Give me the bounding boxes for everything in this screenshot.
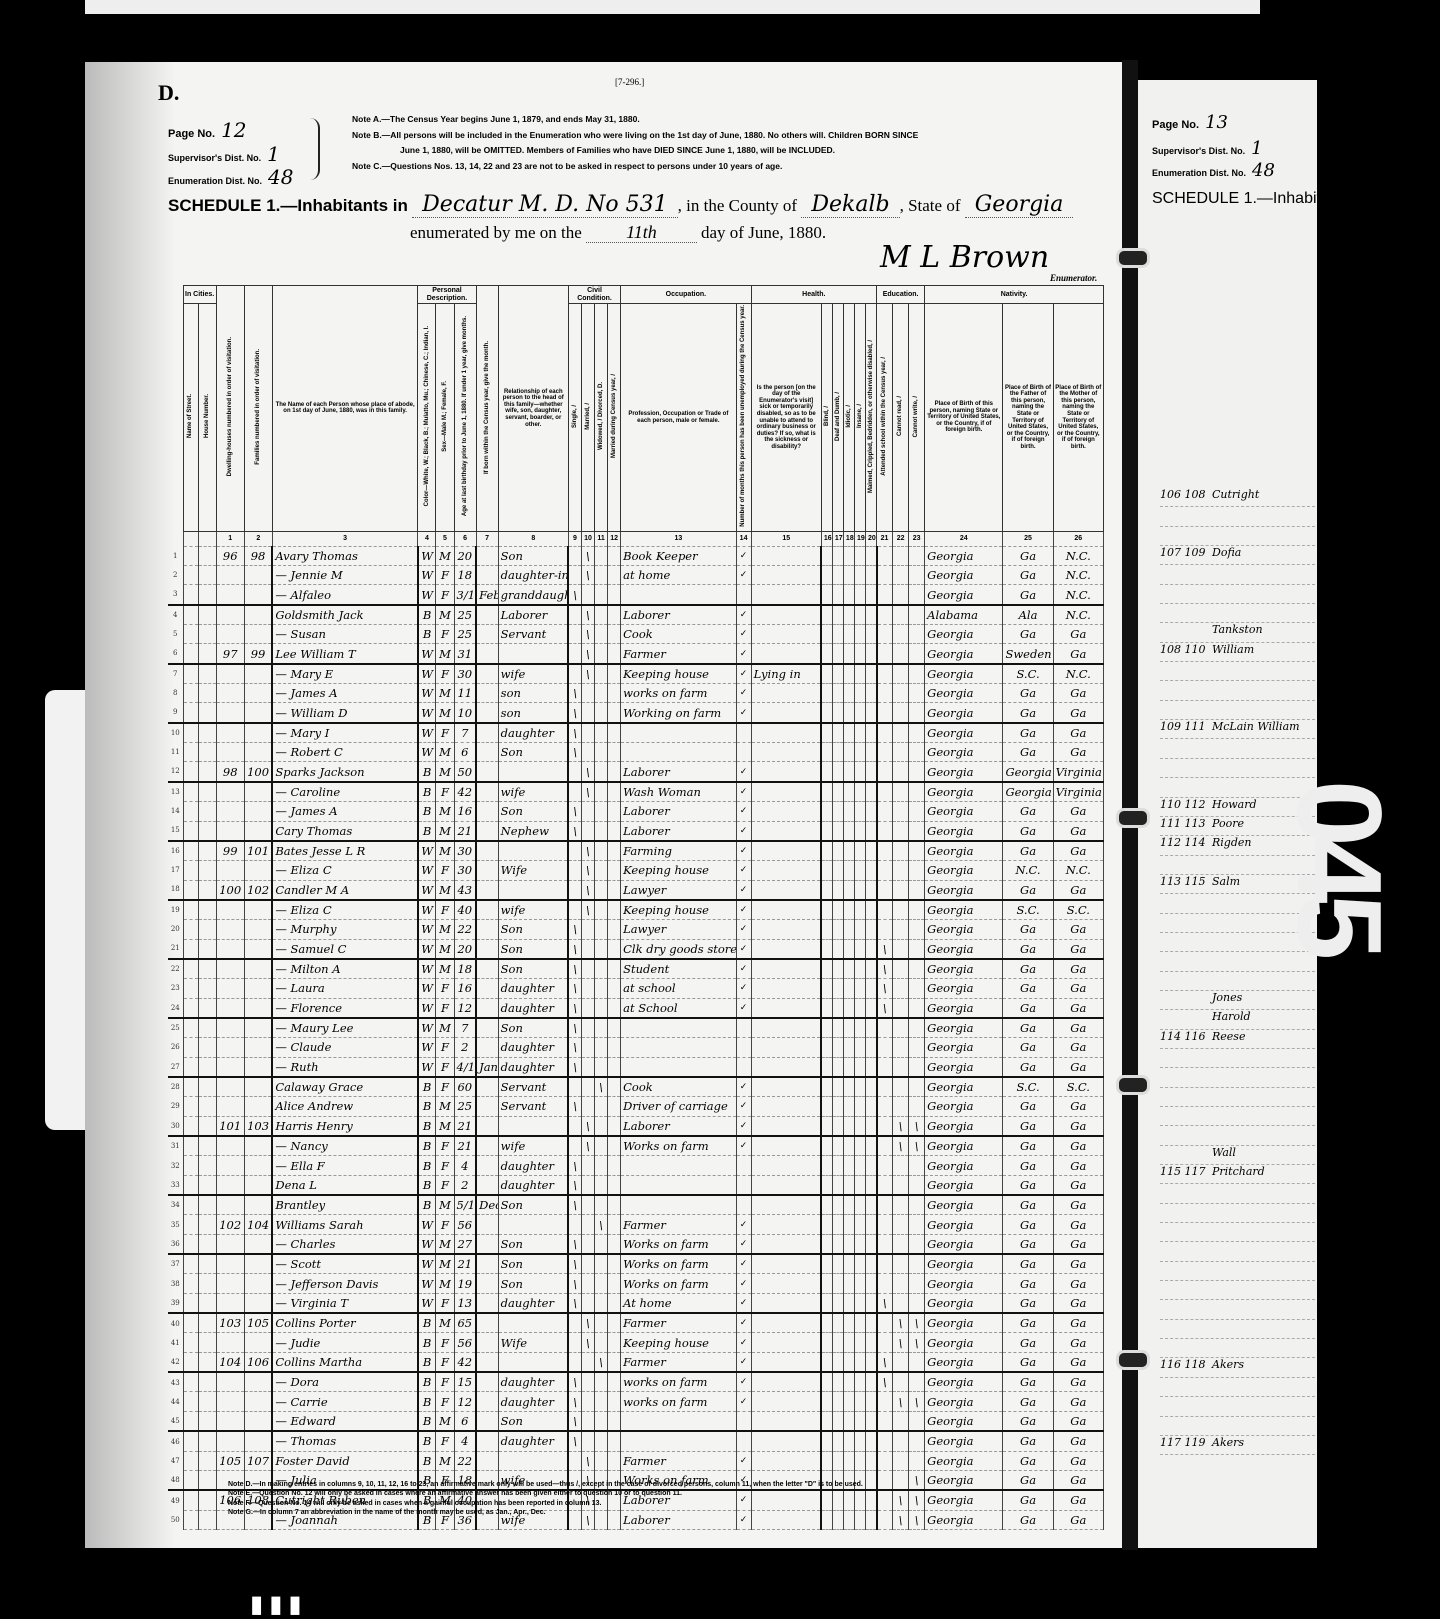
school-mark (877, 1274, 893, 1293)
blind-mark (821, 566, 832, 585)
cannot-read-mark (893, 703, 909, 723)
sickness (751, 1215, 821, 1234)
relationship: daughter (498, 1057, 568, 1077)
color: W (418, 743, 436, 762)
dwelling-number (216, 939, 244, 959)
relationship: Son (498, 1411, 568, 1431)
next-page-row (1160, 1397, 1315, 1416)
street (183, 1116, 198, 1136)
birthplace-father: Ga (1003, 546, 1053, 565)
family-number: 105 (244, 1313, 272, 1333)
dwelling-number (216, 625, 244, 644)
widowed-mark (595, 723, 608, 743)
idiotic-mark (843, 1097, 854, 1116)
dwelling-number (216, 1097, 244, 1116)
birth-month (476, 920, 498, 939)
person-name: Alice Andrew (272, 1097, 418, 1116)
blind-mark (821, 1274, 832, 1293)
cannot-read-mark (893, 841, 909, 861)
single-mark: \ (568, 703, 581, 723)
idiotic-mark (843, 998, 854, 1018)
idiotic-mark (843, 723, 854, 743)
occupation: Clk dry goods store (621, 939, 736, 959)
months-unemployed: ✓ (736, 1077, 751, 1097)
birthplace-mother: N.C. (1053, 664, 1103, 684)
header-sex: Sex—Male M.; Female, F. (436, 304, 454, 531)
column-number: 11 (595, 531, 608, 546)
single-mark: \ (568, 1431, 581, 1451)
house-number (198, 998, 216, 1018)
person-name: — Jennie M (272, 566, 418, 585)
school-mark (877, 821, 893, 841)
birthplace-person: Georgia (925, 1234, 1003, 1254)
occupation (621, 1018, 736, 1038)
street (183, 1136, 198, 1156)
house-number (198, 1431, 216, 1451)
insane-mark (854, 1234, 865, 1254)
deaf-mark (832, 1057, 843, 1077)
single-mark (568, 841, 581, 861)
months-unemployed: ✓ (736, 546, 751, 565)
next-page-row (1160, 1107, 1315, 1126)
census-row: 47105107Foster DavidBM22\Farmer✓GeorgiaG… (168, 1451, 1104, 1470)
family-number (244, 723, 272, 743)
married-mark (581, 1175, 594, 1195)
street (183, 684, 198, 703)
county: Dekalb (801, 192, 899, 218)
line-number: 28 (168, 1077, 183, 1097)
idiotic-mark (843, 1018, 854, 1038)
school-mark (877, 1392, 893, 1411)
color: W (418, 585, 436, 605)
person-name: — Eliza C (272, 861, 418, 880)
next-page-row (1160, 681, 1315, 700)
person-name: Harris Henry (272, 1116, 418, 1136)
married-mark (581, 585, 594, 605)
street (183, 998, 198, 1018)
dwelling-number (216, 664, 244, 684)
school-mark (877, 782, 893, 802)
person-name: — Scott (272, 1254, 418, 1274)
married-mark (581, 1431, 594, 1451)
blind-mark (821, 1097, 832, 1116)
census-row: 22— Milton AWM18Son\Student✓\GeorgiaGaGa (168, 959, 1104, 979)
occupation: Works on farm (621, 1254, 736, 1274)
person-name: — Alfaleo (272, 585, 418, 605)
insane-mark (854, 664, 865, 684)
line-number: 29 (168, 1097, 183, 1116)
age: 30 (454, 664, 476, 684)
birthplace-person: Georgia (925, 1274, 1003, 1293)
married-mark: \ (581, 644, 594, 664)
school-mark (877, 1077, 893, 1097)
relationship (498, 644, 568, 664)
birthplace-person: Georgia (925, 1038, 1003, 1057)
relationship: daughter (498, 1392, 568, 1411)
birthplace-mother: N.C. (1053, 566, 1103, 585)
birthplace-father: Sweden (1003, 644, 1053, 664)
blind-mark (821, 1057, 832, 1077)
age: 56 (454, 1215, 476, 1234)
school-mark (877, 1254, 893, 1274)
sex: F (436, 1156, 454, 1175)
cannot-read-mark: \ (893, 1333, 909, 1352)
age: 15 (454, 1372, 476, 1392)
relationship: wife (498, 664, 568, 684)
sickness (751, 1372, 821, 1392)
relationship: Nephew (498, 821, 568, 841)
header-street: Name of Street. (183, 304, 198, 531)
deaf-mark (832, 959, 843, 979)
line-number: 15 (168, 821, 183, 841)
age: 4 (454, 1156, 476, 1175)
cannot-read-mark (893, 1274, 909, 1293)
maimed-mark (865, 1234, 876, 1254)
dwelling-number (216, 1057, 244, 1077)
next-page-numbers: 117 119 (1160, 1436, 1212, 1449)
header-in-cities: In Cities. (183, 286, 216, 304)
widowed-mark (595, 841, 608, 861)
months-unemployed (736, 1057, 751, 1077)
age: 22 (454, 1451, 476, 1470)
street (183, 1490, 198, 1510)
sickness (751, 802, 821, 821)
header-married-year: Married during Census year, / (608, 304, 621, 531)
person-name: — Murphy (272, 920, 418, 939)
maimed-mark (865, 1057, 876, 1077)
school-mark: \ (877, 1352, 893, 1372)
blind-mark (821, 1313, 832, 1333)
occupation: Keeping house (621, 900, 736, 920)
deaf-mark (832, 1018, 843, 1038)
birthplace-father: Ga (1003, 1490, 1053, 1510)
birthplace-father: Ga (1003, 625, 1053, 644)
months-unemployed: ✓ (736, 1451, 751, 1470)
blind-mark (821, 762, 832, 782)
house-number (198, 920, 216, 939)
single-mark: \ (568, 821, 581, 841)
next-page-row (1160, 662, 1315, 681)
idiotic-mark (843, 1313, 854, 1333)
cannot-read-mark (893, 1451, 909, 1470)
relationship: daughter (498, 1156, 568, 1175)
occupation: Driver of carriage (621, 1097, 736, 1116)
insane-mark (854, 1077, 865, 1097)
cannot-write-mark (909, 762, 925, 782)
single-mark (568, 605, 581, 625)
column-number: 19 (854, 531, 865, 546)
cannot-write-mark (909, 841, 925, 861)
months-unemployed: ✓ (736, 998, 751, 1018)
sickness (751, 861, 821, 880)
age: 22 (454, 920, 476, 939)
sex: F (436, 664, 454, 684)
header-insane: Insane, / (854, 304, 865, 531)
single-mark: \ (568, 1254, 581, 1274)
header-birth-father: Place of Birth of the Father of this per… (1003, 304, 1053, 531)
sex: F (436, 1136, 454, 1156)
birth-month (476, 743, 498, 762)
married-mark (581, 979, 594, 998)
sickness (751, 762, 821, 782)
blind-mark (821, 723, 832, 743)
birthplace-father: S.C. (1003, 1077, 1053, 1097)
line-number: 25 (168, 1018, 183, 1038)
note-b-cont: June 1, 1880, will be OMITTED. Members o… (400, 145, 835, 155)
married-year-mark (608, 1136, 621, 1156)
school-mark: \ (877, 979, 893, 998)
page-number: Page No.12 (168, 118, 247, 142)
maimed-mark (865, 743, 876, 762)
deaf-mark (832, 1254, 843, 1274)
census-row: 5— SusanBF25Servant\Cook✓GeorgiaGaGa (168, 625, 1104, 644)
line-number: 9 (168, 703, 183, 723)
color: B (418, 782, 436, 802)
deaf-mark (832, 861, 843, 880)
maimed-mark (865, 585, 876, 605)
school-mark (877, 625, 893, 644)
color: W (418, 880, 436, 900)
street (183, 605, 198, 625)
sex: M (436, 1018, 454, 1038)
occupation: Works on farm (621, 1234, 736, 1254)
married-year-mark (608, 1097, 621, 1116)
birthplace-mother: Ga (1053, 743, 1103, 762)
birthplace-mother: Ga (1053, 802, 1103, 821)
cannot-write-mark (909, 723, 925, 743)
birthplace-person: Georgia (925, 644, 1003, 664)
birthplace-person: Georgia (925, 585, 1003, 605)
married-year-mark (608, 1431, 621, 1451)
idiotic-mark (843, 1234, 854, 1254)
cannot-read-mark (893, 585, 909, 605)
idiotic-mark (843, 1195, 854, 1215)
single-mark: \ (568, 802, 581, 821)
maimed-mark (865, 841, 876, 861)
family-number (244, 1077, 272, 1097)
relationship (498, 1352, 568, 1372)
color: B (418, 605, 436, 625)
occupation: at home (621, 566, 736, 585)
cannot-read-mark (893, 625, 909, 644)
school-mark: \ (877, 1293, 893, 1313)
dwelling-number (216, 684, 244, 703)
occupation: Cook (621, 625, 736, 644)
cannot-write-mark (909, 585, 925, 605)
color: B (418, 1333, 436, 1352)
person-name: — Jefferson Davis (272, 1274, 418, 1293)
house-number (198, 1175, 216, 1195)
birthplace-person: Georgia (925, 1057, 1003, 1077)
idiotic-mark (843, 644, 854, 664)
house-number (198, 861, 216, 880)
house-number (198, 1057, 216, 1077)
birthplace-father: Ga (1003, 841, 1053, 861)
dwelling-number (216, 1038, 244, 1057)
maimed-mark (865, 1313, 876, 1333)
widowed-mark: \ (595, 1215, 608, 1234)
school-mark (877, 1431, 893, 1451)
sickness (751, 1333, 821, 1352)
age: 65 (454, 1313, 476, 1333)
house-number (198, 625, 216, 644)
birthplace-person: Georgia (925, 723, 1003, 743)
next-page-row: 107 109Dofia (1160, 546, 1315, 565)
months-unemployed: ✓ (736, 664, 751, 684)
age: 7 (454, 1018, 476, 1038)
relationship: Servant (498, 1077, 568, 1097)
next-page-name: Dofia (1212, 546, 1241, 559)
sex: M (436, 1116, 454, 1136)
line-number: 32 (168, 1156, 183, 1175)
widowed-mark (595, 861, 608, 880)
birthplace-person: Georgia (925, 1392, 1003, 1411)
age: 42 (454, 1352, 476, 1372)
census-row: 24— FlorenceWF12daughter\at School✓\Geor… (168, 998, 1104, 1018)
insane-mark (854, 939, 865, 959)
family-number (244, 1097, 272, 1116)
widowed-mark (595, 743, 608, 762)
birth-month (476, 723, 498, 743)
color: W (418, 920, 436, 939)
maimed-mark (865, 900, 876, 920)
insane-mark (854, 1411, 865, 1431)
married-mark (581, 998, 594, 1018)
married-mark (581, 1352, 594, 1372)
school-mark: \ (877, 939, 893, 959)
relationship (498, 762, 568, 782)
birthplace-father: Ga (1003, 920, 1053, 939)
blind-mark (821, 585, 832, 605)
birthplace-mother: Ga (1053, 1411, 1103, 1431)
house-number (198, 684, 216, 703)
dwelling-number (216, 1156, 244, 1175)
sex: F (436, 1038, 454, 1057)
sex: M (436, 1234, 454, 1254)
next-page-row (1160, 1339, 1315, 1358)
deaf-mark (832, 625, 843, 644)
birthplace-person: Georgia (925, 1411, 1003, 1431)
occupation: at School (621, 998, 736, 1018)
sex: F (436, 1293, 454, 1313)
sickness: Lying in (751, 664, 821, 684)
birthplace-mother: Ga (1053, 1254, 1103, 1274)
cannot-read-mark (893, 605, 909, 625)
birthplace-mother: Ga (1053, 1097, 1103, 1116)
color: B (418, 1156, 436, 1175)
months-unemployed: ✓ (736, 861, 751, 880)
street (183, 644, 198, 664)
sex: F (436, 998, 454, 1018)
married-mark: \ (581, 880, 594, 900)
married-mark (581, 1057, 594, 1077)
census-table: In Cities. Dwelling-houses numbered in o… (168, 285, 1104, 1530)
married-mark: \ (581, 1451, 594, 1470)
street (183, 585, 198, 605)
color: B (418, 1136, 436, 1156)
maimed-mark (865, 1136, 876, 1156)
insane-mark (854, 1038, 865, 1057)
married-year-mark (608, 762, 621, 782)
cannot-read-mark (893, 1411, 909, 1431)
sickness (751, 900, 821, 920)
birthplace-mother: Ga (1053, 1175, 1103, 1195)
blind-mark (821, 821, 832, 841)
sickness (751, 959, 821, 979)
maimed-mark (865, 1038, 876, 1057)
sex: F (436, 1392, 454, 1411)
single-mark (568, 1451, 581, 1470)
cannot-write-mark (909, 802, 925, 821)
deaf-mark (832, 1392, 843, 1411)
color: W (418, 939, 436, 959)
cannot-write-mark (909, 664, 925, 684)
house-number (198, 959, 216, 979)
widowed-mark (595, 821, 608, 841)
maimed-mark (865, 605, 876, 625)
family-number (244, 1333, 272, 1352)
color: B (418, 1116, 436, 1136)
insane-mark (854, 684, 865, 703)
idiotic-mark (843, 1274, 854, 1293)
color: W (418, 644, 436, 664)
cannot-write-mark (909, 998, 925, 1018)
column-number: 9 (568, 531, 581, 546)
street (183, 664, 198, 684)
deaf-mark (832, 585, 843, 605)
line-number: 44 (168, 1392, 183, 1411)
birth-month (476, 703, 498, 723)
sickness (751, 644, 821, 664)
column-number: 18 (843, 531, 854, 546)
house-number (198, 1451, 216, 1470)
deaf-mark (832, 703, 843, 723)
cannot-read-mark (893, 762, 909, 782)
sickness (751, 546, 821, 565)
maimed-mark (865, 703, 876, 723)
deaf-mark (832, 1431, 843, 1451)
color: W (418, 1274, 436, 1293)
sex: F (436, 1352, 454, 1372)
cannot-write-mark (909, 900, 925, 920)
birth-month (476, 1097, 498, 1116)
cannot-read-mark (893, 1195, 909, 1215)
color: B (418, 1431, 436, 1451)
line-number: 46 (168, 1431, 183, 1451)
widowed-mark (595, 664, 608, 684)
dwelling-number (216, 1333, 244, 1352)
census-row: 7— Mary EWF30wife\Keeping house✓Lying in… (168, 664, 1104, 684)
house-number (198, 1372, 216, 1392)
married-year-mark (608, 1352, 621, 1372)
birth-month (476, 880, 498, 900)
married-year-mark (608, 1234, 621, 1254)
sex: F (436, 1215, 454, 1234)
person-name: — Charles (272, 1234, 418, 1254)
maimed-mark (865, 959, 876, 979)
street (183, 1234, 198, 1254)
single-mark (568, 1333, 581, 1352)
blind-mark (821, 546, 832, 565)
occupation: Works on farm (621, 1136, 736, 1156)
person-name: Brantley (272, 1195, 418, 1215)
idiotic-mark (843, 880, 854, 900)
idiotic-mark (843, 1136, 854, 1156)
single-mark (568, 1215, 581, 1234)
married-mark: \ (581, 782, 594, 802)
insane-mark (854, 821, 865, 841)
cannot-read-mark (893, 880, 909, 900)
